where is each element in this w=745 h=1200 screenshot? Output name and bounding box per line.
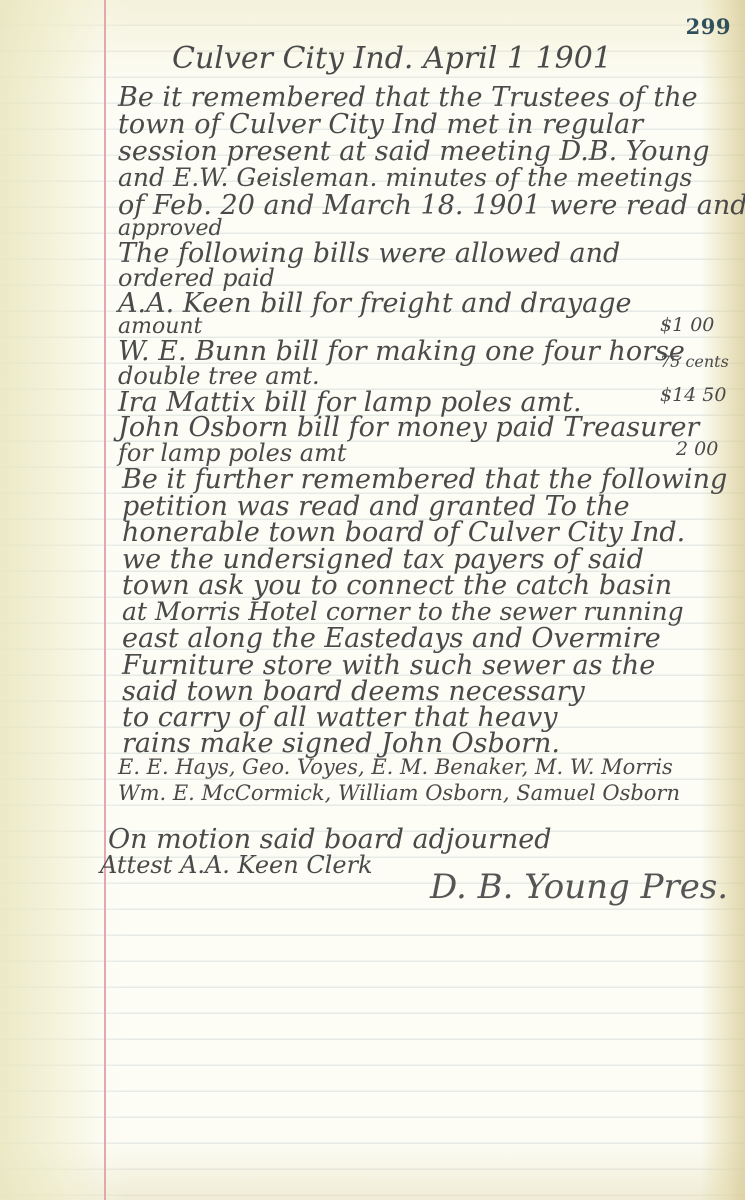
text-line: session present at said meeting D.B. You…: [118, 138, 710, 165]
attest-line: Attest A.A. Keen Clerk: [100, 853, 373, 877]
text-line: amount: [118, 316, 202, 338]
text-line: of Feb. 20 and March 18. 1901 were read …: [118, 192, 745, 219]
text-line: double tree amt.: [118, 364, 320, 388]
bill-osborn: John Osborn bill for money paid Treasure…: [118, 414, 699, 441]
text-line: town ask you to connect the catch basin: [122, 572, 672, 599]
signatories-line: Wm. E. McCormick, William Osborn, Samuel…: [118, 783, 680, 804]
page-number: 299: [686, 14, 731, 39]
text-line: said town board deems necessary: [122, 678, 585, 705]
president-signature: D. B. Young Pres.: [430, 870, 728, 904]
amount-mattix: $14 50: [660, 386, 726, 405]
entry-heading: Culver City Ind. April 1 1901: [172, 44, 612, 74]
ledger-page: 299 Culver City Ind. April 1 1901 Be it …: [0, 0, 745, 1200]
text-line: petition was read and granted To the: [122, 493, 630, 520]
signatories-line: E. E. Hays, Geo. Voyes, E. M. Benaker, M…: [118, 757, 673, 778]
amount-keen: $1 00: [660, 316, 714, 335]
text-line: east along the Eastedays and Overmire: [122, 625, 661, 652]
text-line: and E.W. Geisleman. minutes of the meeti…: [118, 165, 692, 190]
text-line: Be it remembered that the Trustees of th…: [118, 84, 698, 111]
text-line: Be it further remembered that the follow…: [122, 466, 727, 493]
amount-osborn: 2 00: [676, 440, 718, 459]
text-line: we the undersigned tax payers of said: [122, 546, 644, 573]
text-line: Furniture store with such sewer as the: [122, 652, 655, 679]
text-line: to carry of all watter that heavy: [122, 704, 557, 731]
closing-line: On motion said board adjourned: [108, 826, 552, 853]
amount-bunn: 75 cents: [660, 354, 729, 370]
text-line: rains make signed John Osborn.: [122, 730, 560, 757]
red-margin-line: [104, 0, 106, 1200]
bill-keen: A.A. Keen bill for freight and drayage: [118, 290, 632, 317]
text-line: approved: [118, 218, 223, 240]
text-line: honerable town board of Culver City Ind.: [122, 519, 685, 546]
text-line: The following bills were allowed and: [118, 240, 620, 267]
text-line: town of Culver City Ind met in regular: [118, 111, 643, 138]
text-line: at Morris Hotel corner to the sewer runn…: [122, 599, 684, 624]
bill-bunn: W. E. Bunn bill for making one four hors…: [118, 338, 685, 365]
text-line: for lamp poles amt: [118, 441, 347, 465]
text-line: ordered paid: [118, 266, 275, 290]
